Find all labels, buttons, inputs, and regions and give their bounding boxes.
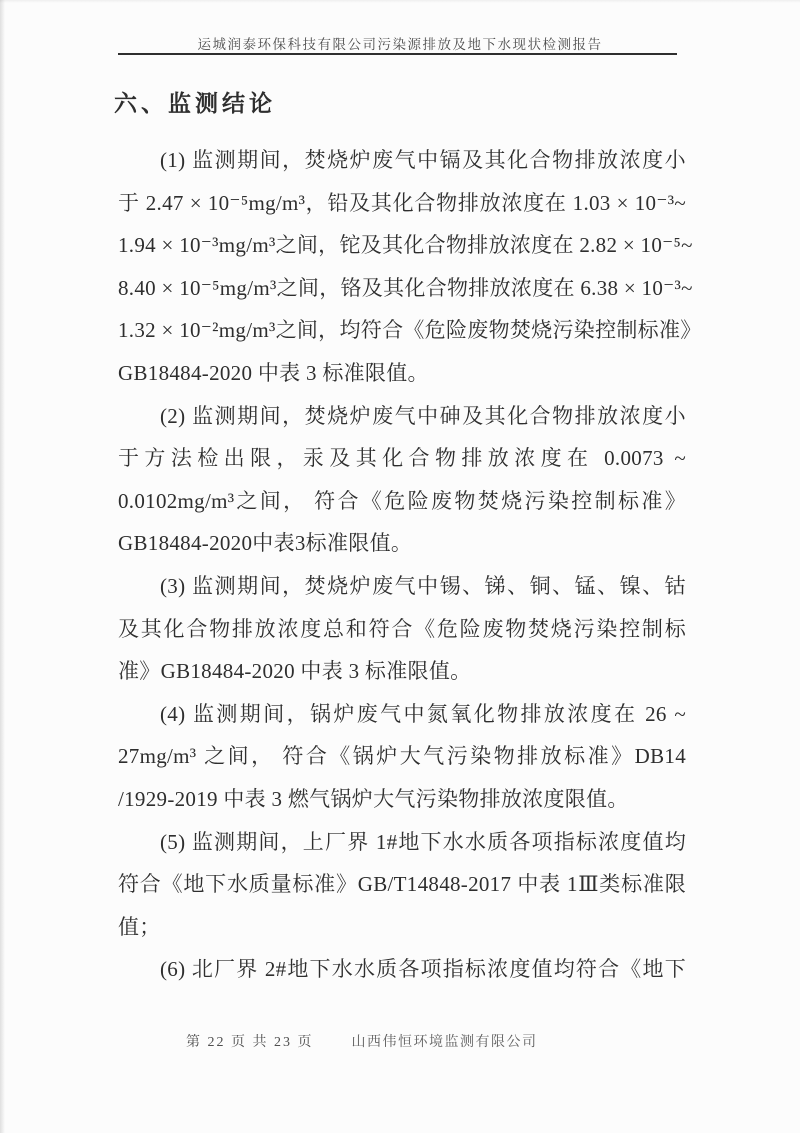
scanned-report-page: { "colors": { "ink": "#2e2e2e", "header_… xyxy=(0,0,800,1133)
page-footer: 第 22 页 共 23 页 山西伟恒环境监测有限公司 xyxy=(186,1031,538,1051)
paragraph: (6) 北厂界 2#地下水水质各项指标浓度值均符合《地下 xyxy=(118,948,686,991)
text-line: 准》GB18484-2020 中表 3 标准限值。 xyxy=(118,650,686,693)
text-line: GB18484-2020 中表 3 标准限值。 xyxy=(118,352,686,395)
text-line: 0.0102mg/m³之间， 符合《危险废物焚烧污染控制标准》 xyxy=(118,480,686,523)
text-line: 1.94 × 10⁻³mg/m³之间，铊及其化合物排放浓度在 2.82 × 10… xyxy=(118,224,686,267)
text-line: 27mg/m³ 之间， 符合《锅炉大气污染物排放标准》DB14 xyxy=(118,735,686,778)
text-line: (2) 监测期间，焚烧炉废气中砷及其化合物排放浓度小 xyxy=(118,395,686,438)
footer-company-name: 山西伟恒环境监测有限公司 xyxy=(352,1031,538,1051)
page-indicator: 第 22 页 共 23 页 xyxy=(186,1031,314,1051)
paragraph: (5) 监测期间，上厂界 1#地下水水质各项指标浓度值均符合《地下水质量标准》G… xyxy=(118,821,686,949)
text-line: (3) 监测期间，焚烧炉废气中锡、锑、铜、锰、镍、钴 xyxy=(118,565,686,608)
text-line: (1) 监测期间，焚烧炉废气中镉及其化合物排放浓度小 xyxy=(118,139,686,182)
document-body: (1) 监测期间，焚烧炉废气中镉及其化合物排放浓度小于 2.47 × 10⁻⁵m… xyxy=(118,139,686,991)
text-line: 于 2.47 × 10⁻⁵mg/m³，铅及其化合物排放浓度在 1.03 × 10… xyxy=(118,182,686,225)
text-line: 于方法检出限，汞及其化合物排放浓度在 0.0073 ~ xyxy=(118,437,686,480)
paragraph: (2) 监测期间，焚烧炉废气中砷及其化合物排放浓度小于方法检出限，汞及其化合物排… xyxy=(118,395,686,565)
text-line: (6) 北厂界 2#地下水水质各项指标浓度值均符合《地下 xyxy=(118,948,686,991)
text-line: (4) 监测期间，锅炉废气中氮氧化物排放浓度在 26 ~ xyxy=(118,693,686,736)
text-line: 1.32 × 10⁻²mg/m³之间，均符合《危险废物焚烧污染控制标准》 xyxy=(118,309,686,352)
text-line: 符合《地下水质量标准》GB/T14848-2017 中表 1Ⅲ类标准限 xyxy=(118,863,686,906)
text-line: 值； xyxy=(118,906,686,949)
text-line: GB18484-2020中表3标准限值。 xyxy=(118,522,686,565)
paragraph: (3) 监测期间，焚烧炉废气中锡、锑、铜、锰、镍、钴及其化合物排放浓度总和符合《… xyxy=(118,565,686,693)
text-line: /1929-2019 中表 3 燃气锅炉大气污染物排放浓度限值。 xyxy=(118,778,686,821)
text-line: (5) 监测期间，上厂界 1#地下水水质各项指标浓度值均 xyxy=(118,821,686,864)
text-line: 8.40 × 10⁻⁵mg/m³之间，铬及其化合物排放浓度在 6.38 × 10… xyxy=(118,267,686,310)
header-rule xyxy=(118,53,677,55)
report-header-title: 运城润泰环保科技有限公司污染源排放及地下水现状检测报告 xyxy=(60,33,740,53)
scan-edge-left xyxy=(0,0,5,1133)
section-title: 六、监测结论 xyxy=(114,85,276,118)
paragraph: (1) 监测期间，焚烧炉废气中镉及其化合物排放浓度小于 2.47 × 10⁻⁵m… xyxy=(118,139,686,395)
paragraph: (4) 监测期间，锅炉废气中氮氧化物排放浓度在 26 ~27mg/m³ 之间， … xyxy=(118,693,686,821)
text-line: 及其化合物排放浓度总和符合《危险废物焚烧污染控制标 xyxy=(118,608,686,651)
scan-edge-top xyxy=(0,0,800,3)
